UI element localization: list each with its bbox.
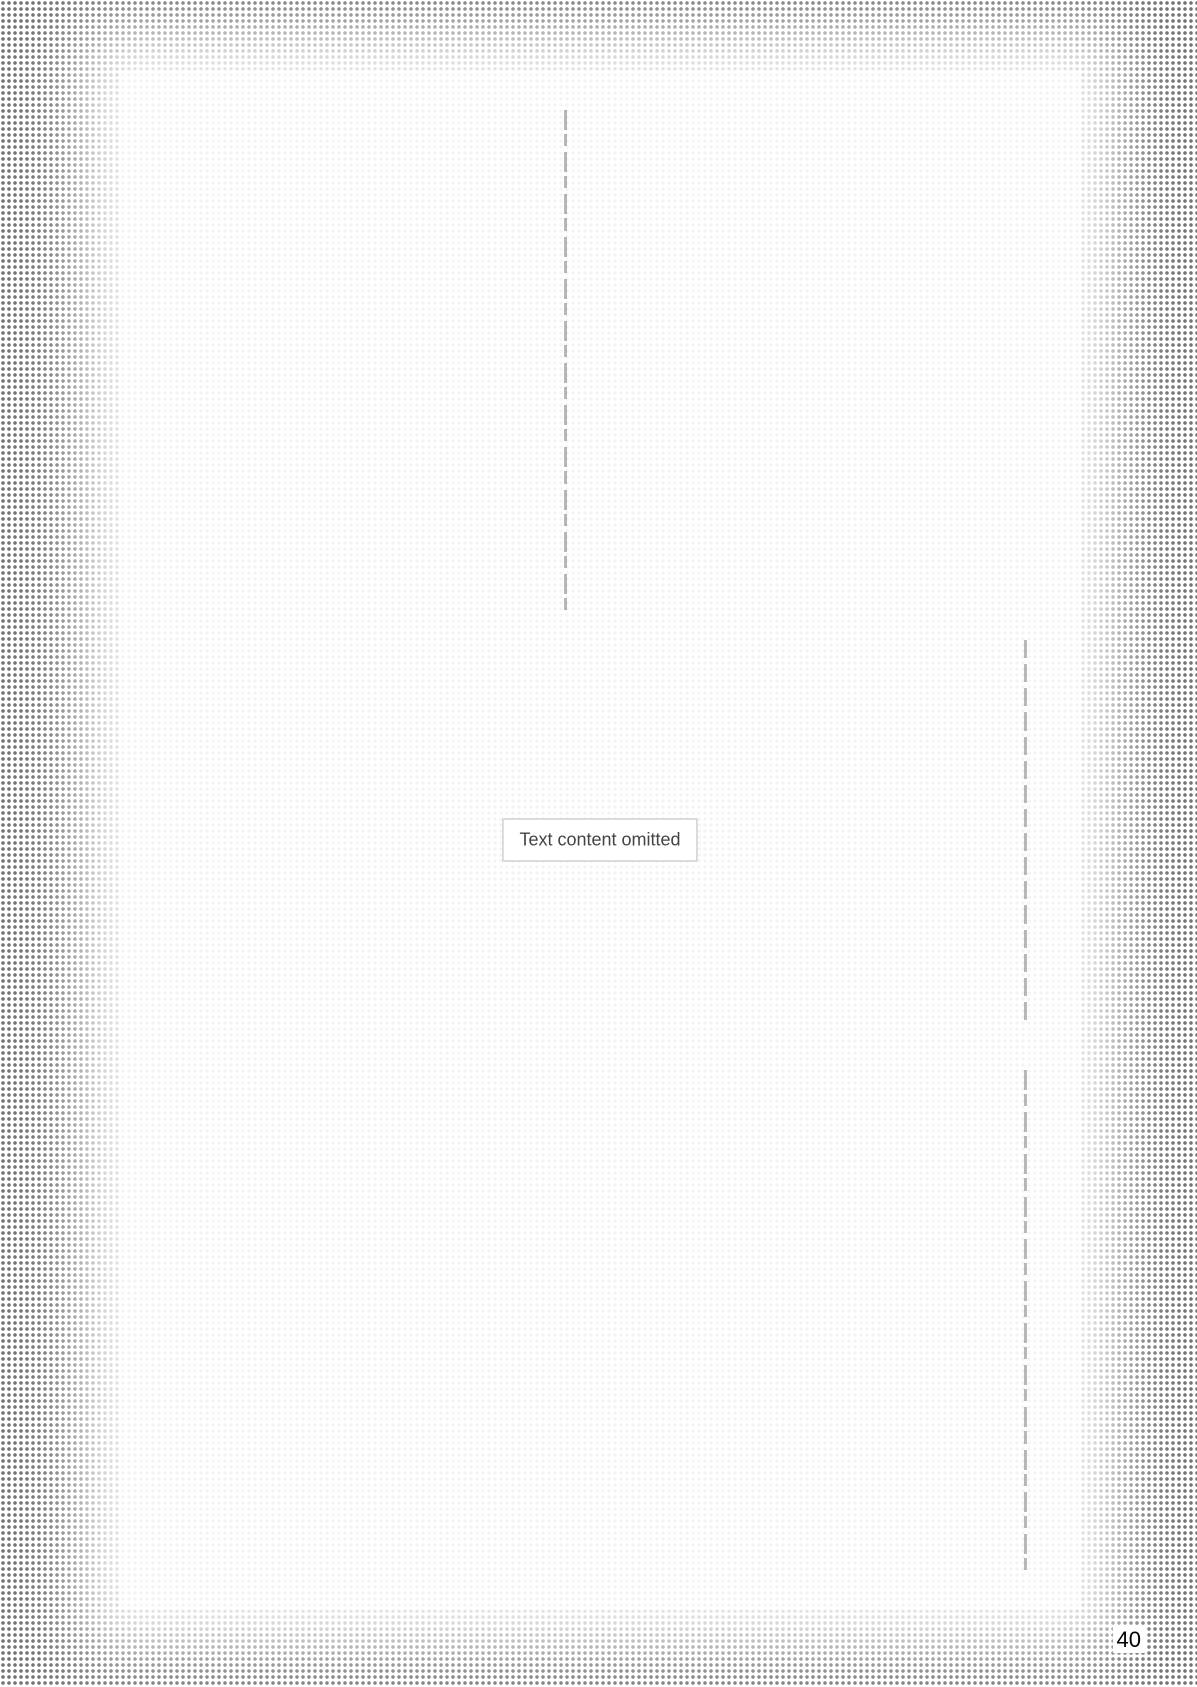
- content-notice: Text content omitted: [502, 819, 697, 862]
- page-number: 40: [1113, 1627, 1145, 1653]
- text-block-bottom: [160, 1070, 1040, 1570]
- text-area: Text content omitted: [120, 70, 1080, 1610]
- text-block-top-left: [160, 110, 580, 610]
